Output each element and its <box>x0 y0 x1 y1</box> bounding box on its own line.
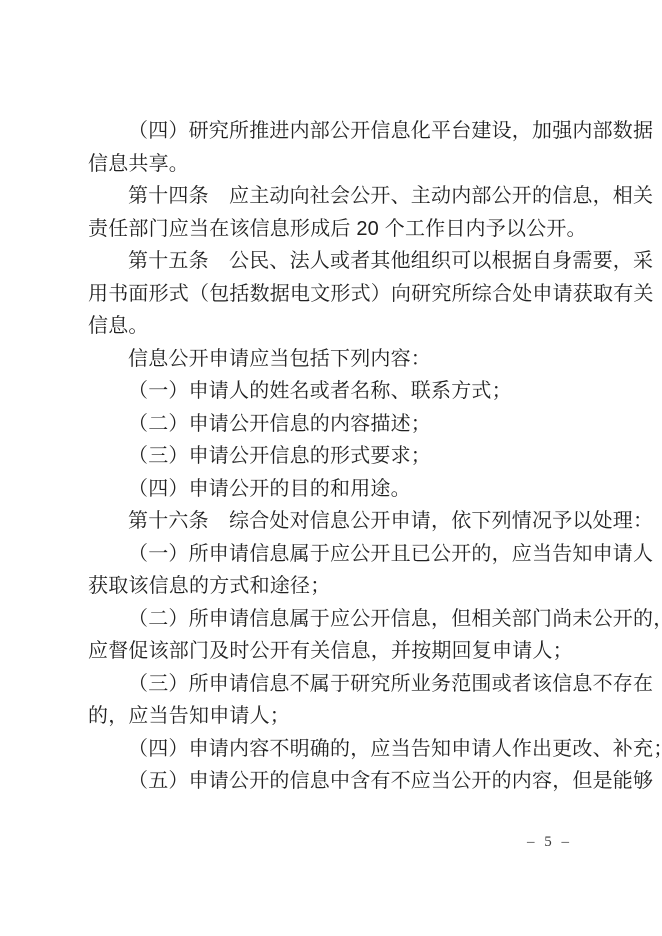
text-line: （四）研究所推进内部公开信息化平台建设，加强内部数据 <box>88 115 608 148</box>
text-line: （一）所申请信息属于应公开且已公开的，应当告知申请人 <box>88 538 608 571</box>
text-line: 信息共享。 <box>88 148 608 181</box>
text-line: （三）所申请信息不属于研究所业务范围或者该信息不存在 <box>88 668 608 701</box>
text-line: （一）申请人的姓名或者名称、联系方式； <box>88 375 608 408</box>
text-line: 信息公开申请应当包括下列内容： <box>88 343 608 376</box>
text-line: 用书面形式（包括数据电文形式）向研究所综合处申请获取有关 <box>88 278 608 311</box>
text-line: 第十六条 综合处对信息公开申请，依下列情况予以处理： <box>88 505 608 538</box>
text-line: （三）申请公开信息的形式要求； <box>88 440 608 473</box>
text-line: 第十五条 公民、法人或者其他组织可以根据自身需要，采 <box>88 245 608 278</box>
page-number: – 5 – <box>527 834 572 851</box>
text-line: （五）申请公开的信息中含有不应当公开的内容，但是能够 <box>88 765 608 798</box>
text-line: （四）申请公开的目的和用途。 <box>88 473 608 506</box>
text-line: （二）所申请信息属于应公开信息，但相关部门尚未公开的， <box>88 603 608 636</box>
text-line: （二）申请公开信息的内容描述； <box>88 408 608 441</box>
text-line: 责任部门应当在该信息形成后 20 个工作日内予以公开。 <box>88 213 608 246</box>
text-line: 获取该信息的方式和途径； <box>88 570 608 603</box>
text-line: （四）申请内容不明确的，应当告知申请人作出更改、补充； <box>88 733 608 766</box>
text-line: 信息。 <box>88 310 608 343</box>
text-line: 第十四条 应主动向社会公开、主动内部公开的信息，相关 <box>88 180 608 213</box>
document-body: （四）研究所推进内部公开信息化平台建设，加强内部数据信息共享。第十四条 应主动向… <box>88 115 608 798</box>
text-line: 应督促该部门及时公开有关信息，并按期回复申请人； <box>88 635 608 668</box>
document-page: （四）研究所推进内部公开信息化平台建设，加强内部数据信息共享。第十四条 应主动向… <box>0 0 662 936</box>
text-line: 的，应当告知申请人； <box>88 700 608 733</box>
